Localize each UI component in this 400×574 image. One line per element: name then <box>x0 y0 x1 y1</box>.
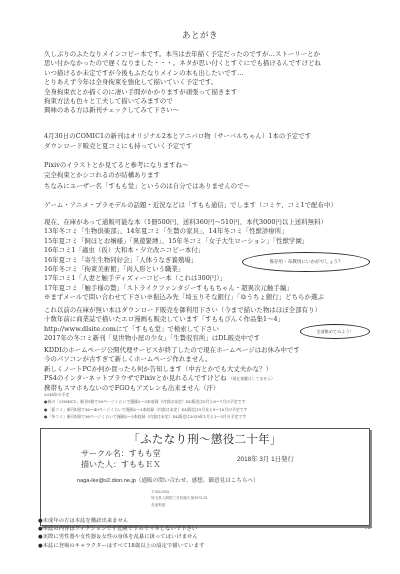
news-paragraph: ゲーム・アニメ・プラモデルの話題・近況などは「すもも通信」でします（コミケ、コミ… <box>44 200 394 210</box>
text-line: 新しくノートPCか何か買ったら何か告知します（中古とかでも大丈夫かな？） <box>44 365 394 374</box>
disclaimer-item: ●未成年の方は本誌を購読出来ません <box>38 517 204 525</box>
disclaimer-list: ●未成年の方は本誌を購読出来ません ●本誌の内容はフィクションです危険ですのでマ… <box>38 517 204 550</box>
schedule-section: 2018年の予定 ●春の「COMIC1」新刊1冊で30ページくらいで漫画2〜3本… <box>44 391 394 420</box>
schedule-item: ●「夏コミ」新刊1冊で36〜40ページくらいで漫画2〜3本収録（内容は未定）DL… <box>44 406 394 413</box>
book-title: 「ふたなり刑〜懲役二十年」 <box>41 431 369 447</box>
text-line-with-aside: PS4のインターネットブラウザでPixivとか見れるんですけどね （現在視聴はし… <box>44 374 394 383</box>
street-address: 埼玉県入間郡三芳町藤久保3973-25 <box>151 495 207 501</box>
download-callout-bubble: 全部集めてみよう！ <box>300 324 370 339</box>
text-line: 完全拘束とかシコれるのが結構あります <box>44 170 394 180</box>
circle-name: サークル名：すもも堂 <box>81 449 161 460</box>
page-title: あとがき <box>0 29 400 41</box>
disclaimer-item: ●実際に男性器や女性器＆女性の身体を乱暴に扱ってはいけません <box>38 533 204 541</box>
recipient-name: 長池利道 <box>151 502 207 508</box>
text-line: ちなみにユーザー名「すもも堂」というのは自分ではありませんので〜 <box>44 181 394 191</box>
text-line: 全身拘束衣とか描くのに凄い手間がかかりますが頑張って描きます <box>44 88 394 97</box>
stock-callout-bubble: 保存用・布教用にいかがでしょう？ <box>242 252 370 272</box>
pixiv-paragraph: Pixivのイラストとか見てると参考になりますね〜 完全拘束とかシコれるのが結構… <box>44 160 394 191</box>
colophon-box: 「ふたなり刑〜懲役二十年」 サークル名：すもも堂 描いた人：すももＥＸ 2018… <box>40 428 370 526</box>
text-line: 4月30日のCOMIC1の新刊はオリジナル2本とアニパロ物（サーバルちゃん）1本… <box>44 131 394 141</box>
text-line: KDDIのホームページ公開代理サービスが終了したので現在ホームページはお休み中で… <box>44 346 394 355</box>
stock-item: 17年コミ1「人妻と触手ディズィーコピー本（これは300円）」 <box>44 274 394 283</box>
intro-paragraph: 久しぶりのふたなりメインコピー本です。本当は去年描く予定だったのですが…ストーリ… <box>44 50 394 116</box>
text-line: 今のパソコンが古すぎて新しくホームページ作れません。 <box>44 355 394 364</box>
text-line: ゲーム・アニメ・プラモデルの話題・近況などは「すもも通信」でします（コミケ、コミ… <box>44 200 394 210</box>
publish-date: 2018年 3月 1日発行 <box>237 454 294 463</box>
text-line: PS4のインターネットブラウザでPixivとか見れるんですけどね <box>44 374 227 382</box>
disclaimer-item: ●本誌に登場のキャラクターはすべて18歳以上の設定で描いています <box>38 542 204 550</box>
stock-item: 13年冬コミ「生物倶楽部」、14年夏コミ「生贄の家具」、14年冬コミ「性獣診療所… <box>44 227 394 236</box>
disclaimer-item: ●本誌の内容はフィクションです危険ですのでマネしないで下さい <box>38 525 204 533</box>
schedule-title: 2018年の予定 <box>44 391 394 398</box>
page-number: 12 <box>364 525 371 531</box>
comic1-paragraph: 4月30日のCOMIC1の新刊はオリジナル2本とアニパロ物（サーバルちゃん）1本… <box>44 131 394 152</box>
credits: サークル名：すもも堂 描いた人：すももＥＸ <box>81 449 161 470</box>
artist-name: 描いた人：すももＥＸ <box>81 460 161 471</box>
afterword-page: あとがき 久しぶりのふたなりメインコピー本です。本当は去年描く予定だったのですが… <box>0 0 400 574</box>
stock-item: 17年夏コミ「触手様の贄」「ストライクファンタジーすももちゃん・超異次元触手編」 <box>44 284 394 293</box>
text-line: 久しぶりのふたなりメインコピー本です。本当は去年描く予定だったのですが…ストーリ… <box>44 50 394 59</box>
text-line: これ以前の在庫が無い本はダウンロード販売を御利用下さい（今まで描いた物はほぼ全部… <box>44 306 394 315</box>
text-line: 興味のある方は新刊チェックしてみて下さい〜 <box>44 106 394 115</box>
schedule-item: ●春の「COMIC1」新刊1冊で30ページくらいで漫画2〜3本収録（内容は未定）… <box>44 398 394 405</box>
text-line: とりあえず今年は全身拘束を強化して描いていく予定です。 <box>44 78 394 87</box>
stock-header: 現在、在庫があって通販可能な本（1冊500円、送料360円〜510円、本代300… <box>44 218 394 227</box>
contact-email: naga-ike@s2.dion.ne.jp（通販の問い合わせ、感想、御意見はこ… <box>77 476 259 484</box>
stock-footer: ※まずメールで問い合わせて下さい※振込み先「埼玉りそな銀行」「ゆうちょ銀行」どち… <box>44 293 394 302</box>
aside-note: （現在視聴はしてません） <box>229 376 275 381</box>
postal-address: 〒354-0041 埼玉県入間郡三芳町藤久保3973-25 長池利道 <box>151 489 207 508</box>
stock-item: 15年夏コミ「飼ほとお嬢様」「異遊緊縛」、15年冬コミ「女子大生ローション」「性… <box>44 237 394 246</box>
text-line: ダウンロード販売と夏コミにも持っていく予定です <box>44 141 394 151</box>
text-line: 思い付かなかったので遅くなりました・・・。ネタが思い付くとすぐにでも描けるんです… <box>44 59 394 68</box>
schedule-item: ●「冬コミ」新刊1冊で36ページくらいで漫画2〜3本収録（内容は未定）DL販売は… <box>44 413 394 420</box>
text-line: Pixivのイラストとか見てると参考になりますね〜 <box>44 160 394 170</box>
text-line: いつ描けるか未定ですが今後もふたなりメインの本も出したいです… <box>44 69 394 78</box>
kddi-paragraph: KDDIのホームページ公開代理サービスが終了したので現在ホームページはお休み中で… <box>44 346 394 393</box>
